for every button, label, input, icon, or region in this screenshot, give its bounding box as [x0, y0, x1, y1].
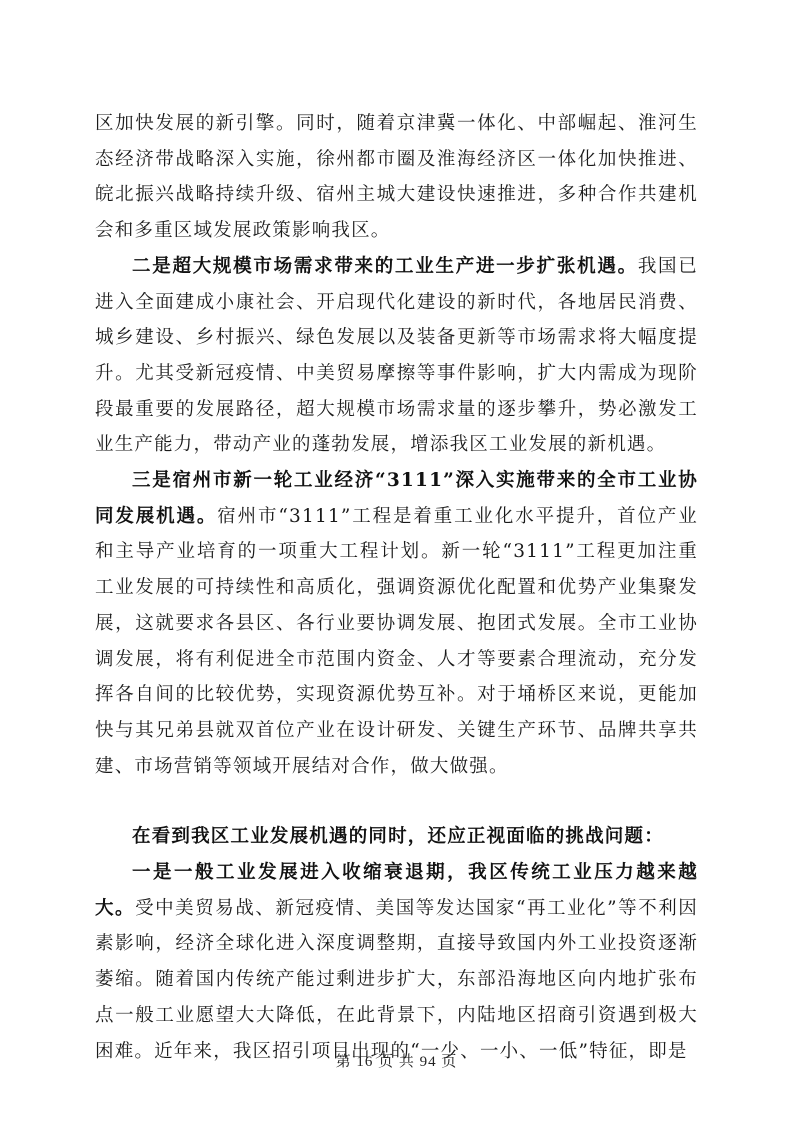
- paragraph-challenge-1: 一是一般工业发展进入收缩衰退期，我区传统工业压力越来越大。受中美贸易战、新冠疫情…: [95, 855, 698, 1069]
- section-heading: 在看到我区工业发展机遇的同时，还应正视面临的挑战问题：: [95, 819, 698, 855]
- paragraph-text: 我国已进入全面建成小康社会、开启现代化建设的新时代，各地居民消费、城乡建设、乡村…: [95, 256, 698, 456]
- paragraph-lead: 二是超大规模市场需求带来的工业生产进一步扩张机遇。: [132, 256, 638, 277]
- page-number-footer: 第 16 页 共 94 页: [0, 1050, 793, 1071]
- paragraph-text: 区加快发展的新引擎。同时，随着京津冀一体化、中部崛起、淮河生态经济带战略深入实施…: [95, 113, 698, 241]
- document-body: 区加快发展的新引擎。同时，随着京津冀一体化、中部崛起、淮河生态经济带战略深入实施…: [95, 106, 698, 1069]
- paragraph-text: 宿州市“3111”工程是着重工业化水平提升，首位产业和主导产业培育的一项重大工程…: [95, 506, 698, 777]
- paragraph-text: 受中美贸易战、新冠疫情、美国等发达国家“再工业化”等不利因素影响，经济全球化进入…: [95, 898, 698, 1062]
- paragraph-opportunity-3: 三是宿州市新一轮工业经济“3111”深入实施带来的全市工业协同发展机遇。宿州市“…: [95, 463, 698, 784]
- document-page: 区加快发展的新引擎。同时，随着京津冀一体化、中部崛起、淮河生态经济带战略深入实施…: [0, 0, 793, 1122]
- paragraph-opportunity-2: 二是超大规模市场需求带来的工业生产进一步扩张机遇。我国已进入全面建成小康社会、开…: [95, 249, 698, 463]
- paragraph-continuation: 区加快发展的新引擎。同时，随着京津冀一体化、中部崛起、淮河生态经济带战略深入实施…: [95, 106, 698, 249]
